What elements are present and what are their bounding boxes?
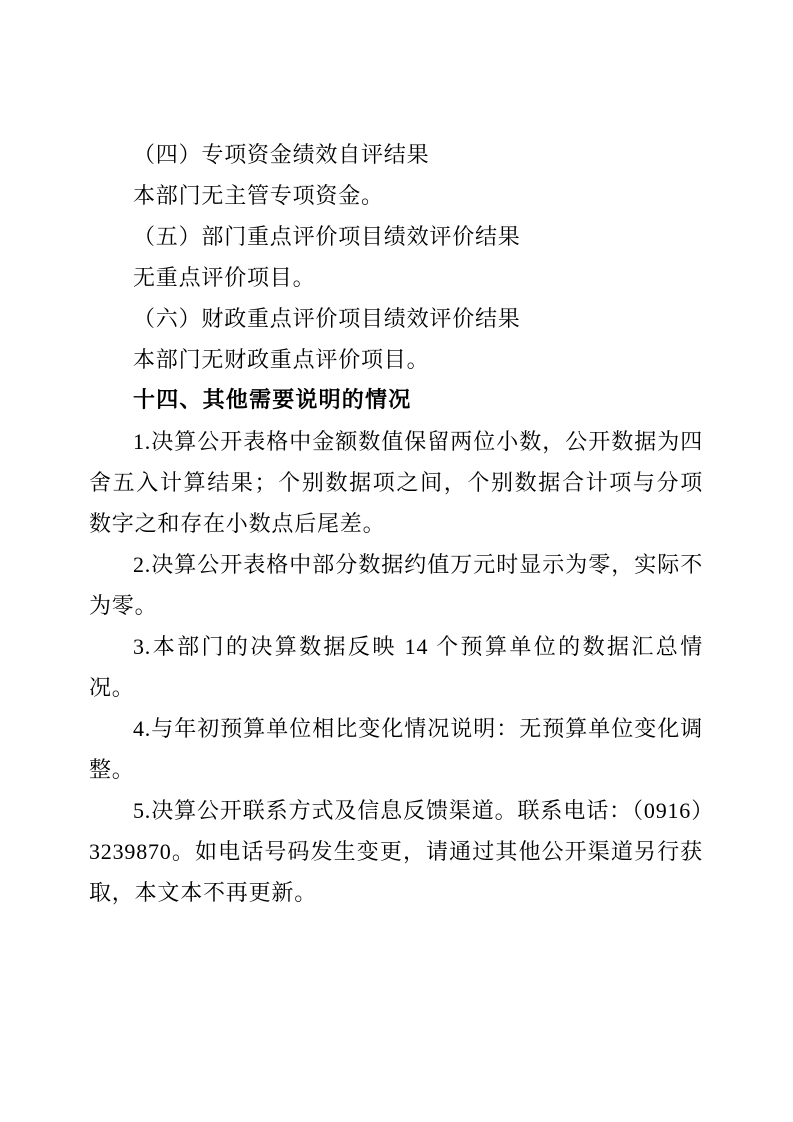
paragraph-note-4-unit-changes: 4.与年初预算单位相比变化情况说明：无预算单位变化调整。	[89, 708, 703, 790]
document-page: （四）专项资金绩效自评结果 本部门无主管专项资金。 （五）部门重点评价项目绩效评…	[0, 0, 793, 1122]
paragraph-note-3-unit-count: 3.本部门的决算数据反映 14 个预算单位的数据汇总情况。	[89, 626, 703, 708]
paragraph-note-2-zero-display: 2.决算公开表格中部分数据约值万元时显示为零，实际不为零。	[89, 544, 703, 626]
paragraph-no-fiscal-key-evaluation: 本部门无财政重点评价项目。	[89, 339, 703, 380]
paragraph-no-special-funds: 本部门无主管专项资金。	[89, 175, 703, 216]
paragraph-no-key-evaluation-projects: 无重点评价项目。	[89, 257, 703, 298]
subheading-section-4-special-fund-self-evaluation: （四）专项资金绩效自评结果	[89, 134, 703, 175]
subheading-section-6-fiscal-key-evaluation: （六）财政重点评价项目绩效评价结果	[89, 298, 703, 339]
paragraph-note-1-rounding: 1.决算公开表格中金额数值保留两位小数，公开数据为四舍五入计算结果；个别数据项之…	[89, 421, 703, 544]
heading-14-other-notes: 十四、其他需要说明的情况	[89, 380, 703, 421]
subheading-section-5-department-key-evaluation: （五）部门重点评价项目绩效评价结果	[89, 216, 703, 257]
document-body: （四）专项资金绩效自评结果 本部门无主管专项资金。 （五）部门重点评价项目绩效评…	[89, 134, 703, 913]
paragraph-note-5-contact-info: 5.决算公开联系方式及信息反馈渠道。联系电话：（0916）3239870。如电话…	[89, 790, 703, 913]
